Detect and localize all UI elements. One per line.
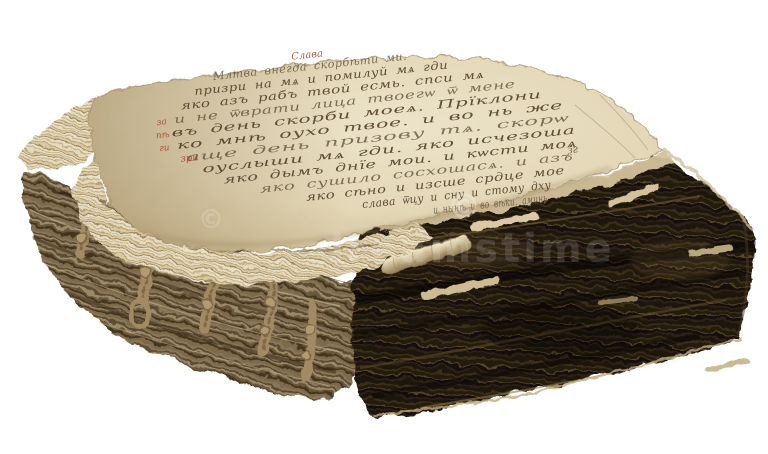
rubric-mark: за: [156, 117, 167, 128]
watermark-text: dreamstime: [315, 226, 615, 272]
rubric-mark: пѣ: [155, 130, 170, 141]
rubric-mark: ги: [159, 143, 171, 154]
rubric-mark: зри: [180, 152, 199, 165]
stock-photo-old-manuscript-book: Млтва внегда скорбѣти ми. призри на мѧ и…: [0, 0, 768, 454]
watermark-copyright-icon: ©: [447, 187, 481, 227]
worn-blotch: [630, 240, 730, 280]
dark-blotch: [480, 306, 640, 354]
watermark-copyright-icon: ©: [198, 205, 224, 235]
margin-note: ѯг: [566, 142, 579, 156]
book-photo-canvas: Млтва внегда скорбѣти ми. призри на мѧ и…: [0, 0, 768, 454]
